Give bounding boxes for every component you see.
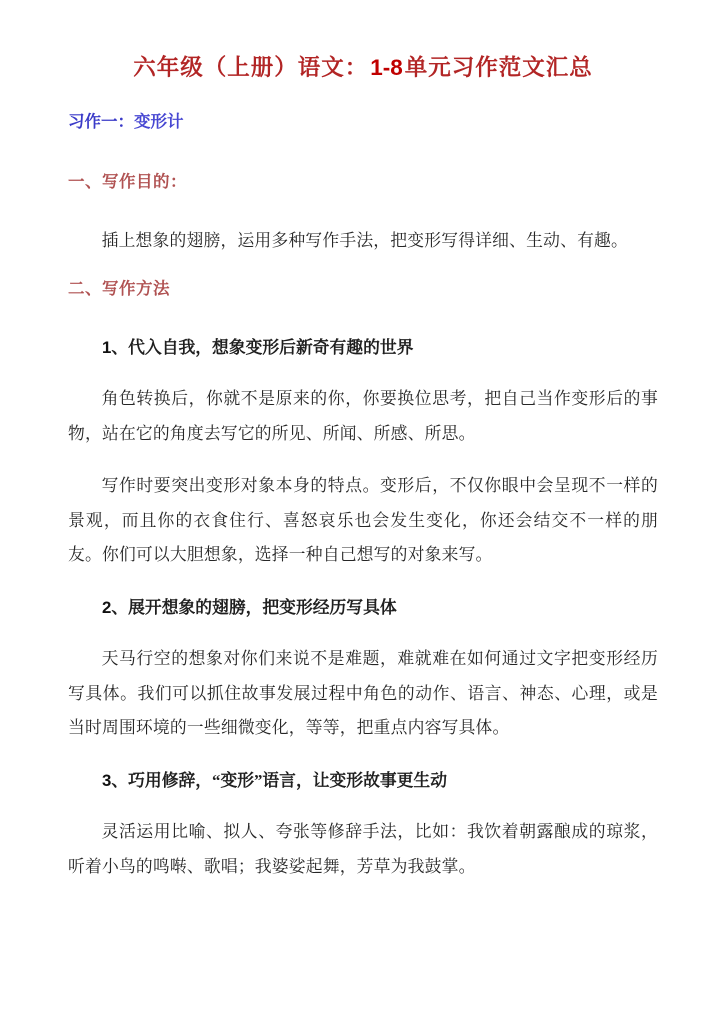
subtitle-value: 变形计 [134,112,184,131]
item-title: 3、巧用修辞，“变形”语言，让变形故事更生动 [68,764,658,799]
method-item-2: 2、展开想象的翅膀，把变形经历写具体 天马行空的想象对你们来说不是难题，难就难在… [68,591,658,746]
section-writing-purpose: 一、写作目的： 插上想象的翅膀，运用多种写作手法，把变形写得详细、生动、有趣。 [68,170,658,259]
body-paragraph: 写作时要突出变形对象本身的特点。变形后，不仅你眼中会呈现不一样的景观，而且你的衣… [68,469,658,573]
body-paragraph: 角色转换后，你就不是原来的你，你要换位思考，把自己当作变形后的事物，站在它的角度… [68,382,658,451]
document-page: 六年级（上册）语文：1-8单元习作范文汇总 习作一：变形计 一、写作目的： 插上… [0,0,724,1024]
item-number-separator: 、 [111,771,128,790]
page-title: 六年级（上册）语文：1-8单元习作范文汇总 [68,52,658,84]
section-heading: 二、写作方法 [68,277,658,301]
body-paragraph: 灵活运用比喻、拟人、夸张等修辞手法，比如：我饮着朝露酿成的琼浆，听着小鸟的鸣啭、… [68,815,658,884]
item-number: 2 [102,598,111,617]
item-number-separator: 、 [111,338,128,357]
page-title-suffix: 单元习作范文汇总 [405,55,593,80]
item-title-text: 代入自我，想象变形后新奇有趣的世界 [128,338,413,357]
page-title-unit-range: 1-8 [368,55,405,80]
body-paragraph: 天马行空的想象对你们来说不是难题，难就难在如何通过文字把变形经历写具体。我们可以… [68,642,658,746]
item-number: 3 [102,771,111,790]
subtitle-label: 习作一： [68,112,134,131]
method-item-3: 3、巧用修辞，“变形”语言，让变形故事更生动 灵活运用比喻、拟人、夸张等修辞手法… [68,764,658,885]
section-writing-methods: 二、写作方法 1、代入自我，想象变形后新奇有趣的世界 角色转换后，你就不是原来的… [68,277,658,885]
method-item-1: 1、代入自我，想象变形后新奇有趣的世界 角色转换后，你就不是原来的你，你要换位思… [68,331,658,573]
subtitle: 习作一：变形计 [68,110,658,134]
section-heading: 一、写作目的： [68,170,658,194]
item-title-text: 巧用修辞，“变形”语言，让变形故事更生动 [128,771,447,790]
item-title-text: 展开想象的翅膀，把变形经历写具体 [128,598,397,617]
page-title-prefix: 六年级（上册）语文： [133,55,368,80]
item-number-separator: 、 [111,598,128,617]
item-title: 2、展开想象的翅膀，把变形经历写具体 [68,591,658,626]
item-number: 1 [102,338,111,357]
item-title: 1、代入自我，想象变形后新奇有趣的世界 [68,331,658,366]
body-paragraph: 插上想象的翅膀，运用多种写作手法，把变形写得详细、生动、有趣。 [68,224,658,259]
